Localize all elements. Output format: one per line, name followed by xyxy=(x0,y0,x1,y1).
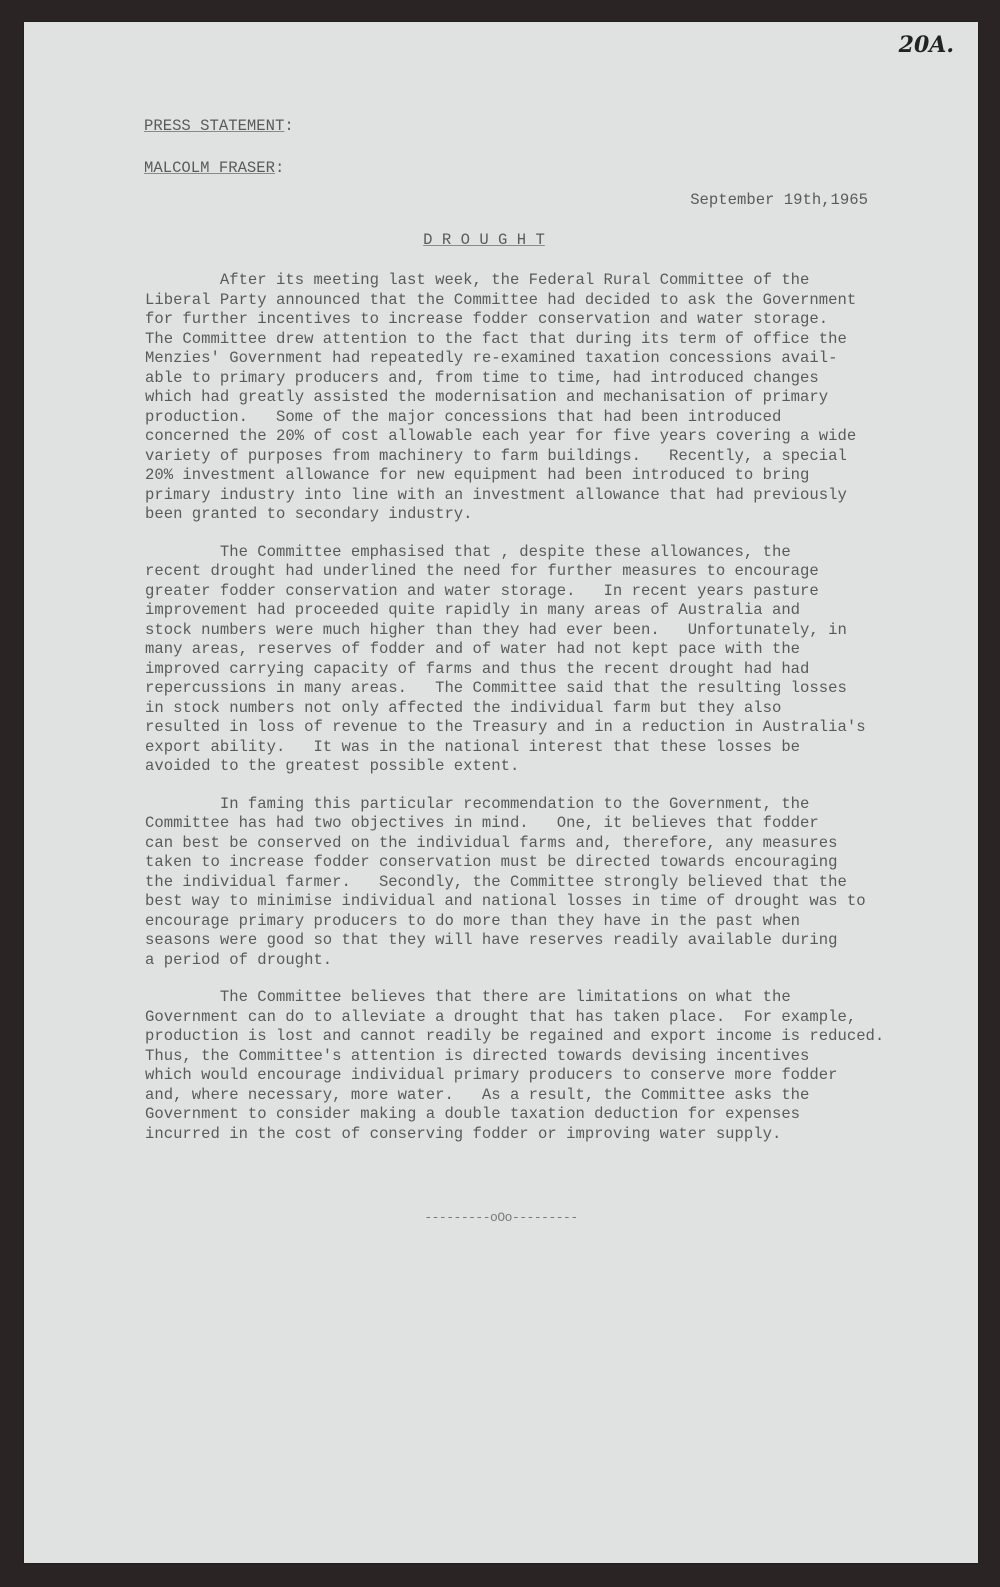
end-divider: ---------oOo--------- xyxy=(24,1208,978,1228)
document-page: 20A. PRESS STATEMENT: MALCOLM FRASER: Se… xyxy=(24,22,978,1563)
document-body: After its meeting last week, the Federal… xyxy=(145,271,925,1162)
heading-press-statement: PRESS STATEMENT: xyxy=(144,117,294,137)
document-title: D R O U G H T xyxy=(24,231,978,251)
heading-author: MALCOLM FRASER: xyxy=(144,159,284,179)
paragraph-2: The Committee emphasised that , despite … xyxy=(145,543,925,777)
document-title-text: D R O U G H T xyxy=(423,231,545,249)
heading-author-text: MALCOLM FRASER xyxy=(144,159,275,177)
paragraph-4: The Committee believes that there are li… xyxy=(145,988,925,1144)
statement-date: September 19th,1965 xyxy=(690,191,868,211)
page-number-annotation: 20A. xyxy=(899,36,954,56)
paragraph-3: In faming this particular recommendation… xyxy=(145,795,925,971)
paragraph-1: After its meeting last week, the Federal… xyxy=(145,271,925,525)
heading-author-colon: : xyxy=(275,159,284,179)
heading-press-colon: : xyxy=(284,117,293,137)
heading-press-text: PRESS STATEMENT xyxy=(144,117,284,135)
press-statement: 20A. PRESS STATEMENT: MALCOLM FRASER: Se… xyxy=(24,22,978,1563)
